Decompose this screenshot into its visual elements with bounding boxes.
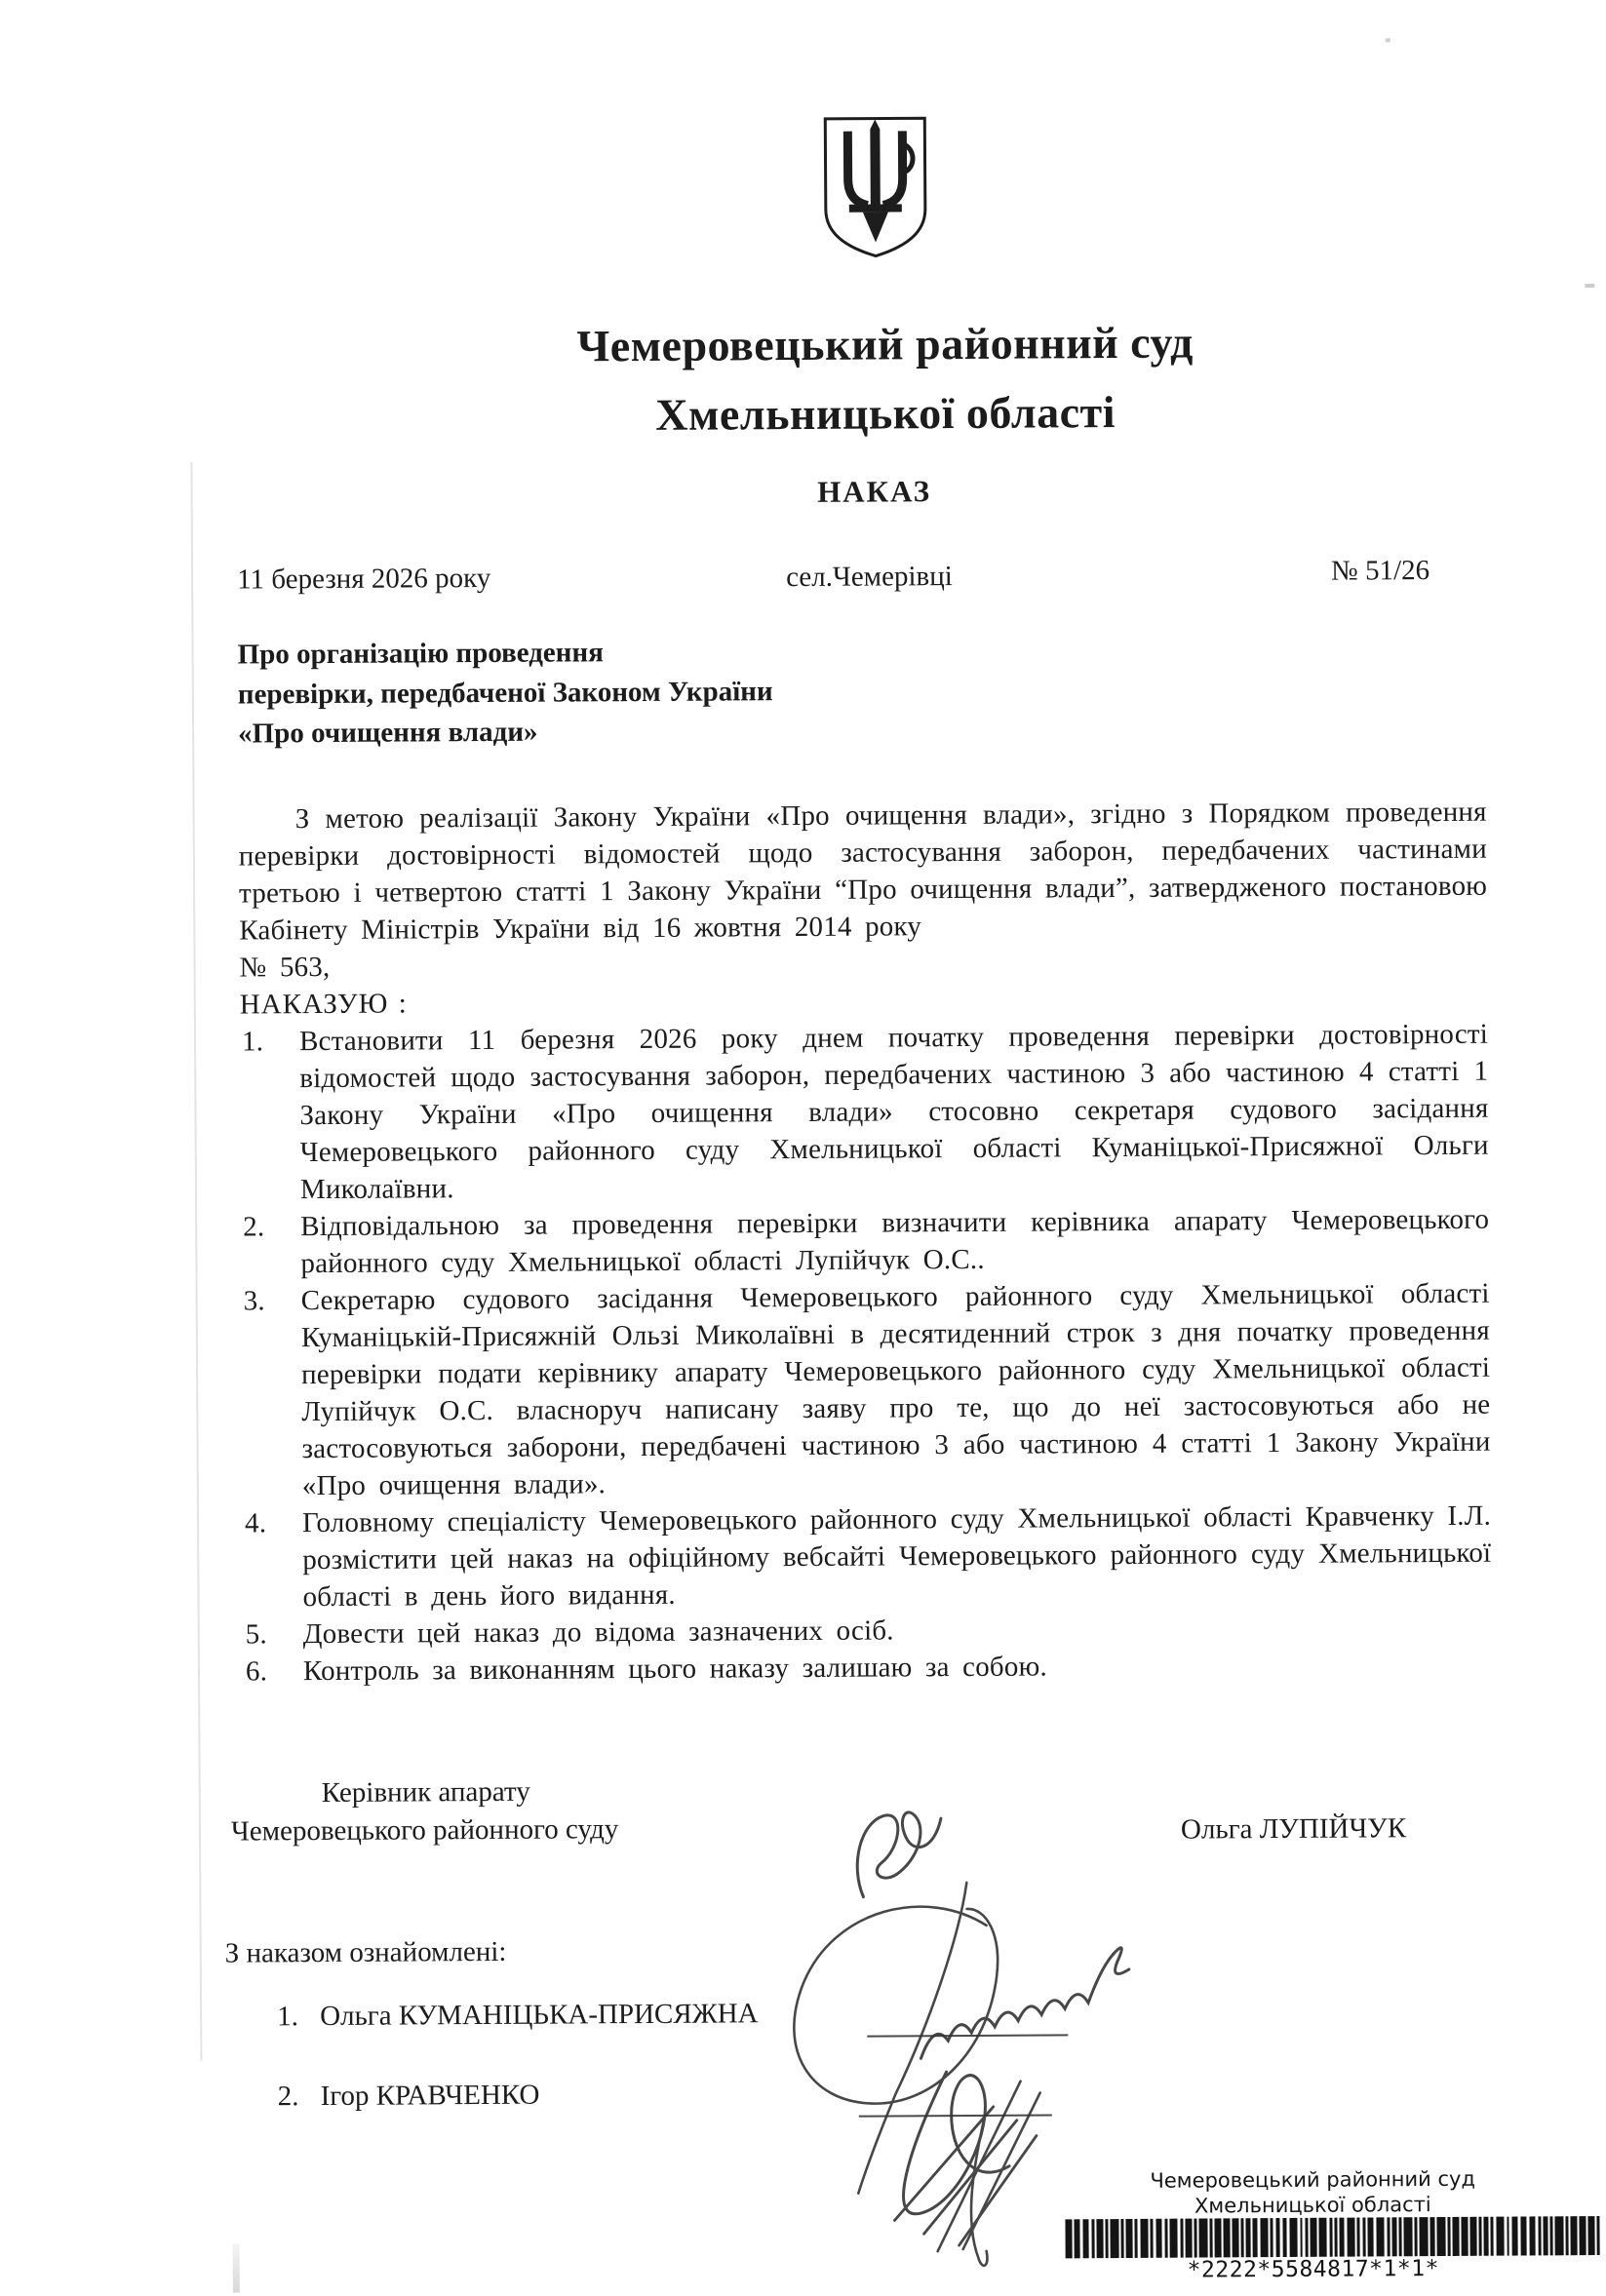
order-item-4-number: 4. bbox=[245, 1504, 266, 1541]
order-item-2-number: 2. bbox=[243, 1208, 264, 1245]
scan-artifact-smudge bbox=[233, 2244, 240, 2293]
order-item-6-text: Контроль за виконанням цього наказу зали… bbox=[303, 1651, 1047, 1687]
order-item-1: 1.Встановити 11 березня 2026 року днем п… bbox=[240, 1016, 1489, 1209]
barcode-caption: Чемеровецький районний суд Хмельницької … bbox=[1065, 2165, 1560, 2219]
acknowledgement-person-1-number: 1. bbox=[277, 2001, 298, 2033]
signature-kumanitska bbox=[921, 1948, 1130, 2059]
order-item-2: 2.Відповідальною за проведення перевірки… bbox=[241, 1201, 1489, 1283]
signature-lupiychuk bbox=[857, 1812, 942, 1897]
barcode-value: *2222*5584817*1*1* bbox=[1066, 2255, 1561, 2283]
preamble-text: З метою реалізації Закону України «Про о… bbox=[239, 797, 1487, 947]
preamble-paragraph: З метою реалізації Закону України «Про о… bbox=[239, 794, 1488, 987]
scanned-sheet: Чемеровецький районний суд Хмельницької … bbox=[0, 0, 1606, 2296]
order-item-5-text: Довести цей наказ до відома зазначених о… bbox=[303, 1615, 894, 1650]
acknowledgement-label: З наказом ознайомлені: bbox=[225, 1936, 507, 1970]
order-item-6: 6.Контроль за виконанням цього наказу за… bbox=[244, 1646, 1492, 1691]
court-title: Чемеровецький районний суд Хмельницької … bbox=[288, 306, 1482, 451]
barcode-caption-line1: Чемеровецький районний суд bbox=[1065, 2165, 1560, 2194]
scan-artifact-speck-top bbox=[1386, 38, 1391, 42]
order-item-2-text: Відповідальною за проведення перевірки в… bbox=[300, 1204, 1489, 1279]
acknowledgement-person-2-number: 2. bbox=[278, 2081, 299, 2113]
document-page: Чемеровецький районний суд Хмельницької … bbox=[0, 0, 1606, 2296]
acknowledgement-person-2-name: Ігор КРАВЧЕНКО bbox=[321, 2080, 540, 2113]
signatory-name: Ольга ЛУПІЙЧУК bbox=[1181, 1812, 1406, 1846]
signature-line-person-1 bbox=[867, 2034, 1068, 2037]
order-item-6-number: 6. bbox=[246, 1653, 267, 1690]
acknowledgement-person-1-name: Ольга КУМАНІЦЬКА-ПРИСЯЖНА bbox=[320, 1998, 759, 2033]
order-item-4-text: Головному спеціалісту Чемеровецького рай… bbox=[302, 1500, 1491, 1613]
signature-diagonal-strokes bbox=[937, 2082, 1041, 2252]
document-date: 11 березня 2026 року bbox=[237, 563, 490, 597]
subject-line2: перевірки, передбаченої Законом України bbox=[238, 670, 999, 714]
ukraine-trident-emblem-icon bbox=[819, 114, 931, 261]
order-item-3-text: Секретарю судового засідання Чемеровецьк… bbox=[301, 1278, 1491, 1501]
document-place: сел.Чемерівці bbox=[786, 561, 953, 594]
signature-kravchenko-strokes bbox=[894, 2107, 1038, 2246]
document-subject: Про організацію проведення перевірки, пе… bbox=[237, 631, 999, 754]
document-number: № 51/26 bbox=[1331, 555, 1430, 588]
order-item-1-text: Встановити 11 березня 2026 року днем поч… bbox=[299, 1019, 1489, 1205]
signature-kravchenko-loops bbox=[903, 2072, 1010, 2214]
court-name-line2: Хмельницької області bbox=[289, 375, 1482, 451]
order-item-5-number: 5. bbox=[246, 1615, 267, 1653]
preamble-tail: № 563, bbox=[239, 952, 330, 984]
subject-line3: «Про очищення влади» bbox=[238, 710, 999, 754]
signature-descender-stroke bbox=[856, 1883, 968, 2194]
order-item-3: 3.Секретарю судового засідання Чемеровец… bbox=[242, 1275, 1491, 1505]
barcode-caption-line2: Хмельницької області bbox=[1065, 2191, 1560, 2219]
document-body: З метою реалізації Закону України «Про о… bbox=[239, 794, 1493, 1691]
court-name-line1: Чемеровецький районний суд bbox=[288, 306, 1481, 382]
document-type-heading: НАКАЗ bbox=[290, 471, 1460, 513]
subject-line1: Про організацію проведення bbox=[237, 631, 998, 675]
signature-line-person-2 bbox=[859, 2114, 1052, 2117]
signatory-position-line2: Чемеровецького районного суду bbox=[231, 1813, 619, 1848]
trident-shield-graphic bbox=[819, 114, 931, 261]
signatory-position-line1: Керівник апарату bbox=[322, 1776, 530, 1810]
scan-artifact-speck-right bbox=[1585, 284, 1594, 288]
signature-tail-stroke bbox=[970, 2121, 987, 2266]
scan-artifact-vertical-line bbox=[190, 462, 202, 2061]
order-item-4: 4.Головному спеціалісту Чемеровецького р… bbox=[243, 1498, 1492, 1616]
barcode-bars bbox=[1065, 2216, 1599, 2258]
signature-oval-loop bbox=[794, 1906, 999, 2104]
order-item-3-number: 3. bbox=[244, 1282, 265, 1319]
order-item-1-number: 1. bbox=[242, 1023, 263, 1060]
